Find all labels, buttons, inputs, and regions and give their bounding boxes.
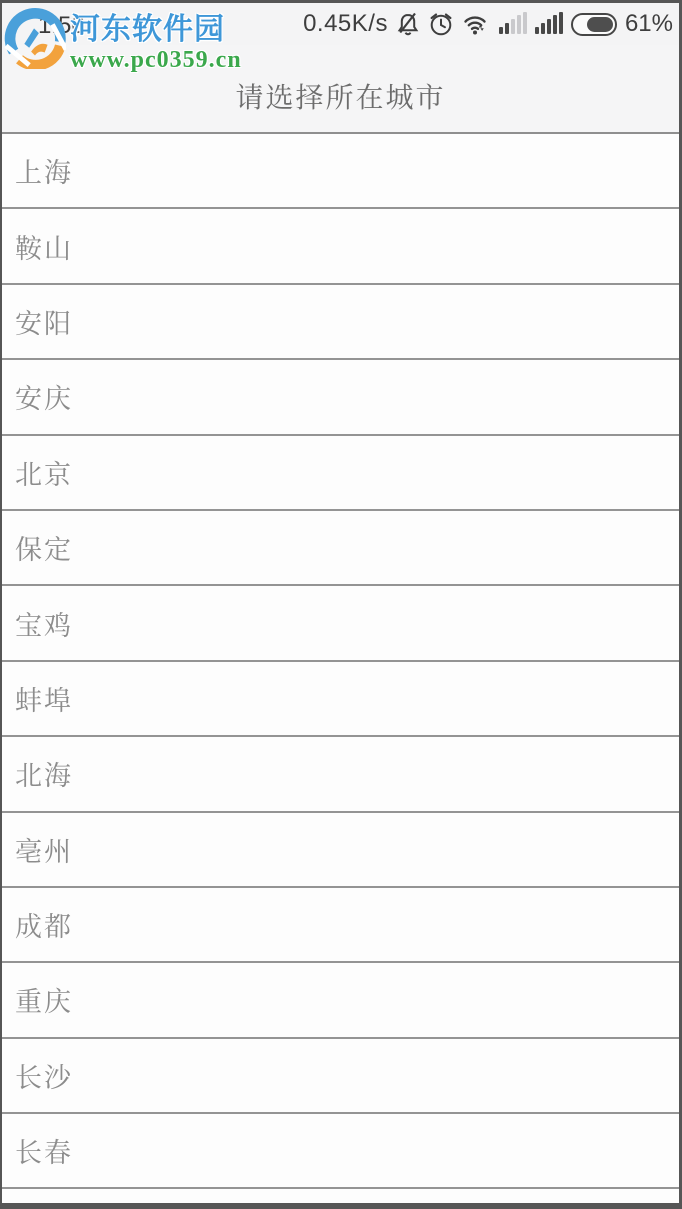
city-row-beijing[interactable]: 北京	[2, 436, 679, 511]
city-row-shanghai[interactable]: 上海	[2, 134, 679, 209]
city-label: 亳州	[15, 830, 73, 869]
phone-screenshot: 1:50 0.45K/s 61%	[0, 0, 682, 1209]
city-label: 安阳	[15, 302, 73, 341]
battery-percent: 61%	[625, 10, 673, 38]
city-row-changchun[interactable]: 长春	[2, 1114, 679, 1189]
city-label: 北京	[15, 453, 73, 492]
city-label: 蚌埠	[15, 679, 73, 718]
city-label: 保定	[15, 528, 73, 567]
wifi-icon	[462, 12, 491, 36]
notifications-muted-icon	[396, 11, 420, 37]
city-label: 上海	[15, 151, 73, 190]
city-label: 安庆	[15, 377, 73, 416]
city-label: 成都	[15, 905, 73, 944]
city-label: 北海	[15, 754, 73, 793]
city-row-beihai[interactable]: 北海	[2, 737, 679, 812]
alarm-icon	[428, 11, 454, 37]
clock-time: 1:50	[38, 12, 85, 40]
city-label: 重庆	[15, 980, 73, 1019]
city-row-anqing[interactable]: 安庆	[2, 360, 679, 435]
city-row-chongqing[interactable]: 重庆	[2, 963, 679, 1038]
city-row-chengdu[interactable]: 成都	[2, 888, 679, 963]
city-row-baoji[interactable]: 宝鸡	[2, 586, 679, 661]
battery-icon	[571, 13, 617, 36]
city-row-bengbu[interactable]: 蚌埠	[2, 662, 679, 737]
city-row-baoding[interactable]: 保定	[2, 511, 679, 586]
city-row-bozhou[interactable]: 亳州	[2, 813, 679, 888]
network-speed: 0.45K/s	[303, 10, 388, 38]
city-row-changsha[interactable]: 长沙	[2, 1039, 679, 1114]
city-label: 宝鸡	[15, 604, 73, 643]
city-row-anshan[interactable]: 鞍山	[2, 209, 679, 284]
status-bar: 1:50 0.45K/s 61%	[2, 3, 679, 45]
city-label: 鞍山	[15, 227, 73, 266]
city-label: 长春	[15, 1131, 73, 1170]
city-row-anyang[interactable]: 安阳	[2, 285, 679, 360]
page-title: 请选择所在城市	[235, 76, 445, 116]
page-header: 请选择所在城市	[2, 45, 679, 134]
city-label: 长沙	[15, 1056, 73, 1095]
signal-sim2-full-icon	[535, 12, 563, 36]
signal-sim1-weak-icon	[499, 12, 527, 36]
city-list: 上海 鞍山 安阳 安庆 北京 保定 宝鸡 蚌埠 北海 亳州 成都 重庆 长沙 长…	[2, 134, 679, 1189]
